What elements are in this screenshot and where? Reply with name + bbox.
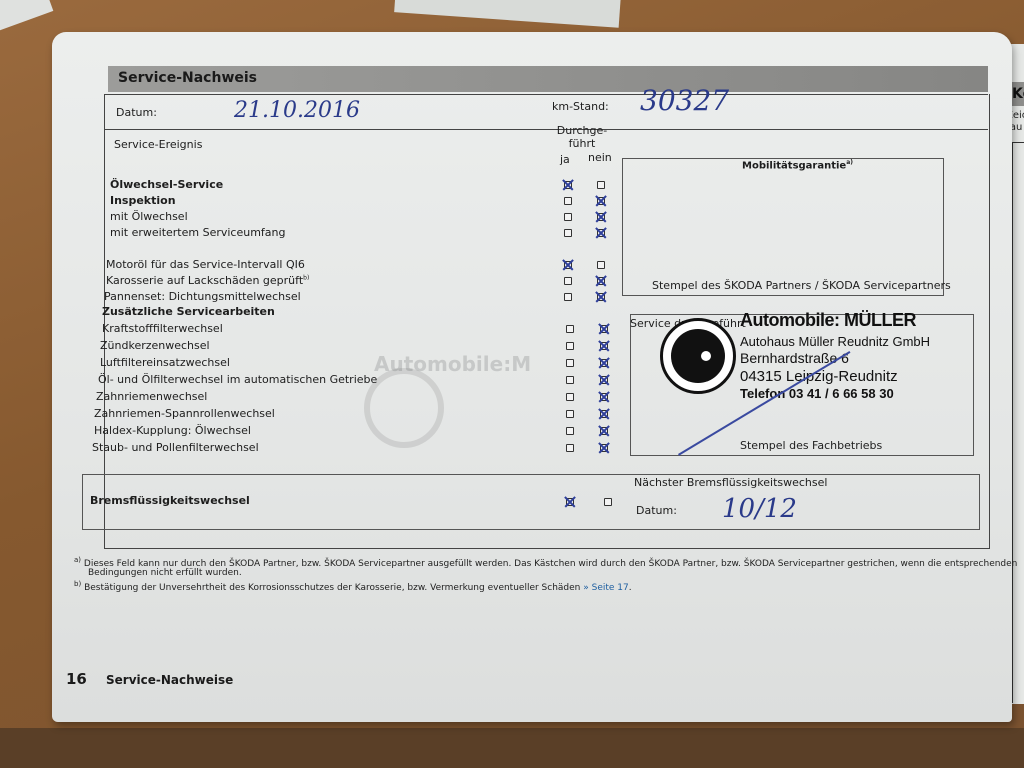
service-booklet-page: Service-Nachweis Datum: 21.10.2016 km-St…	[52, 32, 1012, 722]
performed-heading-line: führt	[550, 137, 614, 150]
yes-checkbox[interactable]	[564, 229, 572, 237]
workshop-stamp-label: Stempel des Fachbetriebs	[740, 439, 882, 452]
paper-scrap	[0, 0, 53, 31]
stamp-line: Bernhardstraße 6	[740, 350, 849, 366]
brake-fluid-yes-checkbox[interactable]	[566, 498, 574, 506]
footnote-marker: b)	[74, 580, 81, 588]
additional-item-label: Zahnriemen-Spannrollenwechsel	[94, 407, 275, 420]
footnote-marker: b)	[303, 274, 309, 281]
no-checkbox[interactable]	[597, 181, 605, 189]
mobility-title: Mobilitätsgarantiea)	[742, 159, 853, 171]
col-yes-label: ja	[560, 153, 570, 166]
additional-item-label: Kraftstofffilterwechsel	[102, 322, 223, 335]
yes-checkbox[interactable]	[566, 359, 574, 367]
date-label: Datum:	[116, 106, 157, 119]
date-value[interactable]: 21.10.2016	[234, 98, 360, 123]
performed-heading-line: Durchge-	[550, 124, 614, 137]
page-reference-link[interactable]: » Seite 17	[583, 583, 629, 593]
no-checkbox[interactable]	[600, 376, 608, 384]
yes-checkbox[interactable]	[566, 376, 574, 384]
no-checkbox[interactable]	[600, 393, 608, 401]
footnote-text: Bestätigung der Unversehrtheit des Korro…	[84, 583, 580, 593]
no-checkbox[interactable]	[597, 197, 605, 205]
service-item-label: mit Ölwechsel	[110, 210, 188, 223]
yes-checkbox[interactable]	[566, 342, 574, 350]
table-surface	[0, 728, 1024, 768]
mobility-stamp-label: Stempel des ŠKODA Partners / ŠKODA Servi…	[652, 279, 951, 292]
additional-item-label: Zahnriemenwechsel	[96, 390, 207, 403]
no-checkbox[interactable]	[597, 293, 605, 301]
yes-checkbox[interactable]	[564, 261, 572, 269]
no-checkbox[interactable]	[600, 325, 608, 333]
no-checkbox[interactable]	[600, 444, 608, 452]
km-value[interactable]: 30327	[640, 84, 729, 117]
footnote-a-cont: Bedingungen nicht erfüllt wurden.	[88, 568, 242, 578]
additional-item-label: Zündkerzenwechsel	[100, 339, 210, 352]
additional-header: Zusätzliche Servicearbeiten	[102, 305, 275, 318]
mobility-footnote-marker: a)	[846, 159, 853, 166]
additional-item-label: Staub- und Pollenfilterwechsel	[92, 441, 259, 454]
additional-item-label: Haldex-Kupplung: Ölwechsel	[94, 424, 251, 437]
performed-column-heading: Durchge- führt	[550, 124, 614, 150]
footnote-marker: a)	[74, 556, 81, 564]
yes-checkbox[interactable]	[564, 197, 572, 205]
footnote-b: b) Bestätigung der Unversehrtheit des Ko…	[74, 580, 632, 593]
additional-item-label: Öl- und Ölfilterwechsel im automatischen…	[98, 373, 377, 386]
km-label: km-Stand:	[552, 100, 609, 113]
page-number: 16	[66, 670, 87, 688]
service-item-label: Inspektion	[110, 194, 176, 207]
no-checkbox[interactable]	[597, 229, 605, 237]
next-brake-date-value[interactable]: 10/12	[722, 494, 797, 524]
no-checkbox[interactable]	[597, 261, 605, 269]
service-item-label: Motoröl für das Service-Intervall QI6	[106, 258, 305, 271]
yes-checkbox[interactable]	[566, 427, 574, 435]
no-checkbox[interactable]	[597, 213, 605, 221]
no-checkbox[interactable]	[597, 277, 605, 285]
yes-checkbox[interactable]	[566, 410, 574, 418]
yes-checkbox[interactable]	[564, 277, 572, 285]
col-no-label: nein	[588, 151, 612, 164]
no-checkbox[interactable]	[600, 427, 608, 435]
yes-checkbox[interactable]	[566, 325, 574, 333]
service-item-label: Karosserie auf Lackschäden geprüftb)	[106, 274, 309, 287]
right-page-box	[1012, 142, 1024, 703]
section-header: Service-Nachweis	[108, 66, 988, 92]
brake-fluid-label: Bremsflüssigkeitswechsel	[90, 494, 250, 507]
mobility-guarantee-box	[622, 158, 944, 296]
page-footer-title: Service-Nachweise	[106, 673, 233, 687]
yes-checkbox[interactable]	[564, 293, 572, 301]
paper-scrap	[394, 0, 621, 28]
service-item-label: mit erweitertem Serviceumfang	[110, 226, 286, 239]
no-checkbox[interactable]	[600, 410, 608, 418]
footnote-tail: .	[629, 583, 632, 593]
stamp-line: Telefon 03 41 / 6 66 58 30	[740, 386, 894, 401]
service-item-label: Pannenset: Dichtungsmittelwechsel	[104, 290, 301, 303]
yes-checkbox[interactable]	[566, 393, 574, 401]
yes-checkbox[interactable]	[564, 213, 572, 221]
stamp-line: Automobile: MÜLLER	[740, 310, 916, 331]
service-item-label: Ölwechsel-Service	[110, 178, 223, 191]
no-checkbox[interactable]	[600, 359, 608, 367]
additional-item-label: Luftfiltereinsatzwechsel	[100, 356, 230, 369]
skoda-logo-icon	[660, 318, 736, 394]
section-title: Service-Nachweis	[118, 70, 257, 86]
next-brake-fluid-label: Nächster Bremsflüssigkeitswechsel	[634, 476, 827, 489]
event-header: Service-Ereignis	[114, 138, 202, 151]
brake-fluid-no-checkbox[interactable]	[604, 498, 612, 506]
next-brake-date-label: Datum:	[636, 504, 677, 517]
stamp-line: Autohaus Müller Reudnitz GmbH	[740, 334, 930, 349]
yes-checkbox[interactable]	[566, 444, 574, 452]
yes-checkbox[interactable]	[564, 181, 572, 189]
mobility-title-text: Mobilitätsgarantie	[742, 160, 846, 171]
no-checkbox[interactable]	[600, 342, 608, 350]
